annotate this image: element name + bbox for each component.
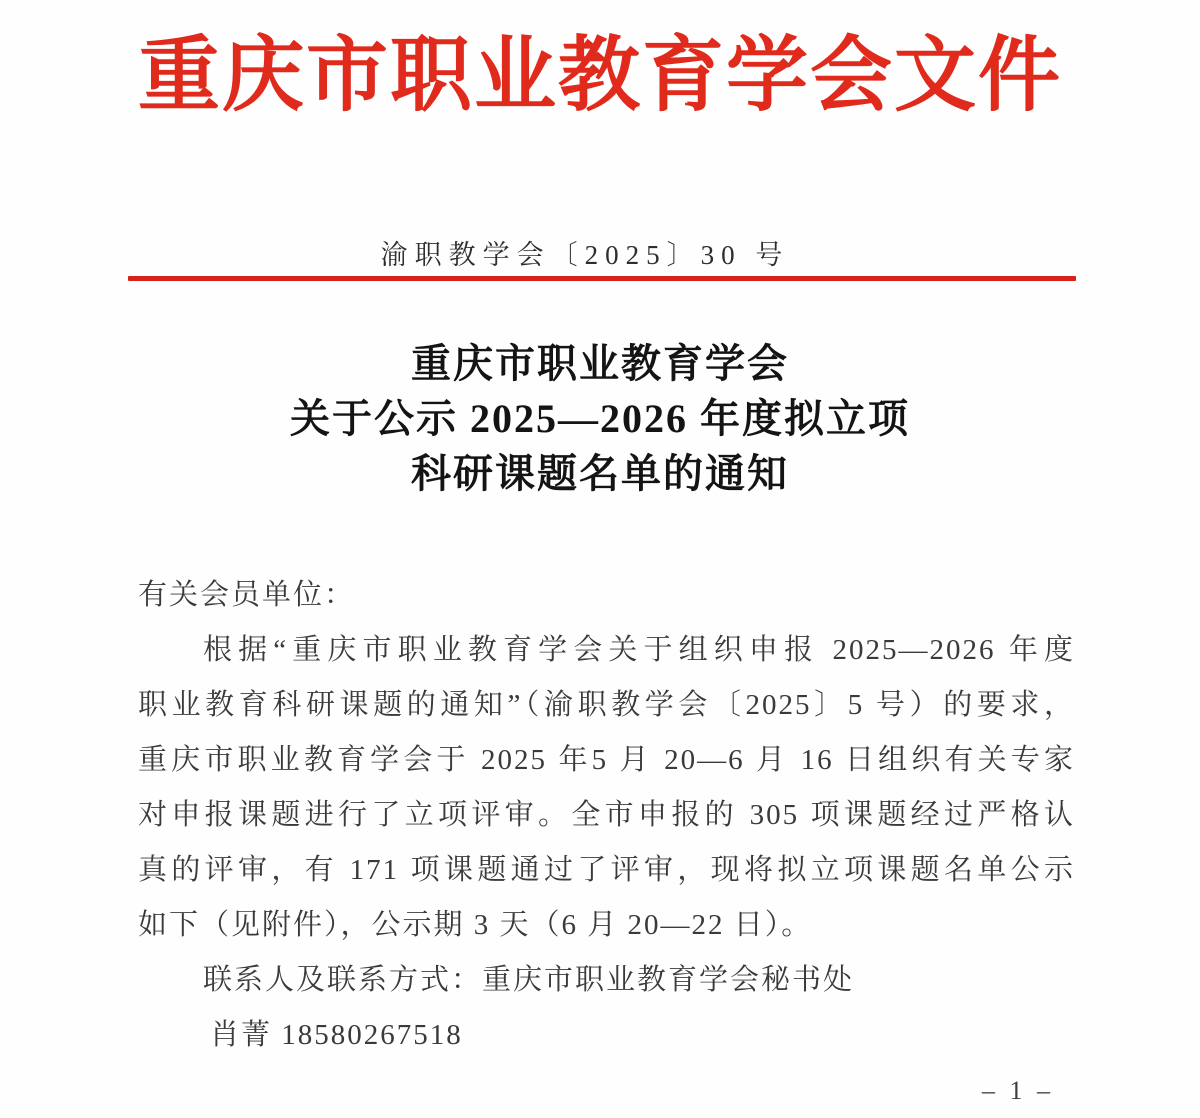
document-body: 有关会员单位：根据“重庆市职业教育学会关于组织申报 2025—2026 年度职业… — [138, 568, 1075, 1063]
body-line: 根据“重庆市职业教育学会关于组织申报 2025—2026 年度 — [138, 623, 1075, 678]
red-divider-line — [128, 276, 1076, 281]
body-line: 职业教育科研课题的通知”（渝职教学会〔2025〕5 号）的要求， — [138, 678, 1075, 733]
letterhead-title: 重庆市职业教育学会文件 — [0, 26, 1200, 126]
body-line: 肖菁 18580267518 — [138, 1008, 1075, 1063]
notice-title: 重庆市职业教育学会关于公示 2025—2026 年度拟立项科研课题名单的通知 — [0, 336, 1200, 501]
notice-title-line: 重庆市职业教育学会 — [0, 336, 1200, 391]
page-number: – 1 – — [982, 1076, 1054, 1106]
document-page: 重庆市职业教育学会文件 渝职教学会〔2025〕30 号 重庆市职业教育学会关于公… — [0, 0, 1200, 1118]
body-line: 真的评审，有 171 项课题通过了评审，现将拟立项课题名单公示 — [138, 843, 1075, 898]
notice-title-line: 关于公示 2025—2026 年度拟立项 — [0, 391, 1200, 446]
notice-title-line: 科研课题名单的通知 — [0, 446, 1200, 501]
body-line: 对申报课题进行了立项评审。全市申报的 305 项课题经过严格认 — [138, 788, 1075, 843]
document-number: 渝职教学会〔2025〕30 号 — [0, 233, 1170, 272]
body-line: 联系人及联系方式：重庆市职业教育学会秘书处 — [138, 953, 1075, 1008]
body-line: 有关会员单位： — [138, 568, 1075, 623]
body-line: 如下（见附件），公示期 3 天（6 月 20—22 日）。 — [138, 898, 1075, 953]
body-line: 重庆市职业教育学会于 2025 年5 月 20—6 月 16 日组织有关专家 — [138, 733, 1075, 788]
